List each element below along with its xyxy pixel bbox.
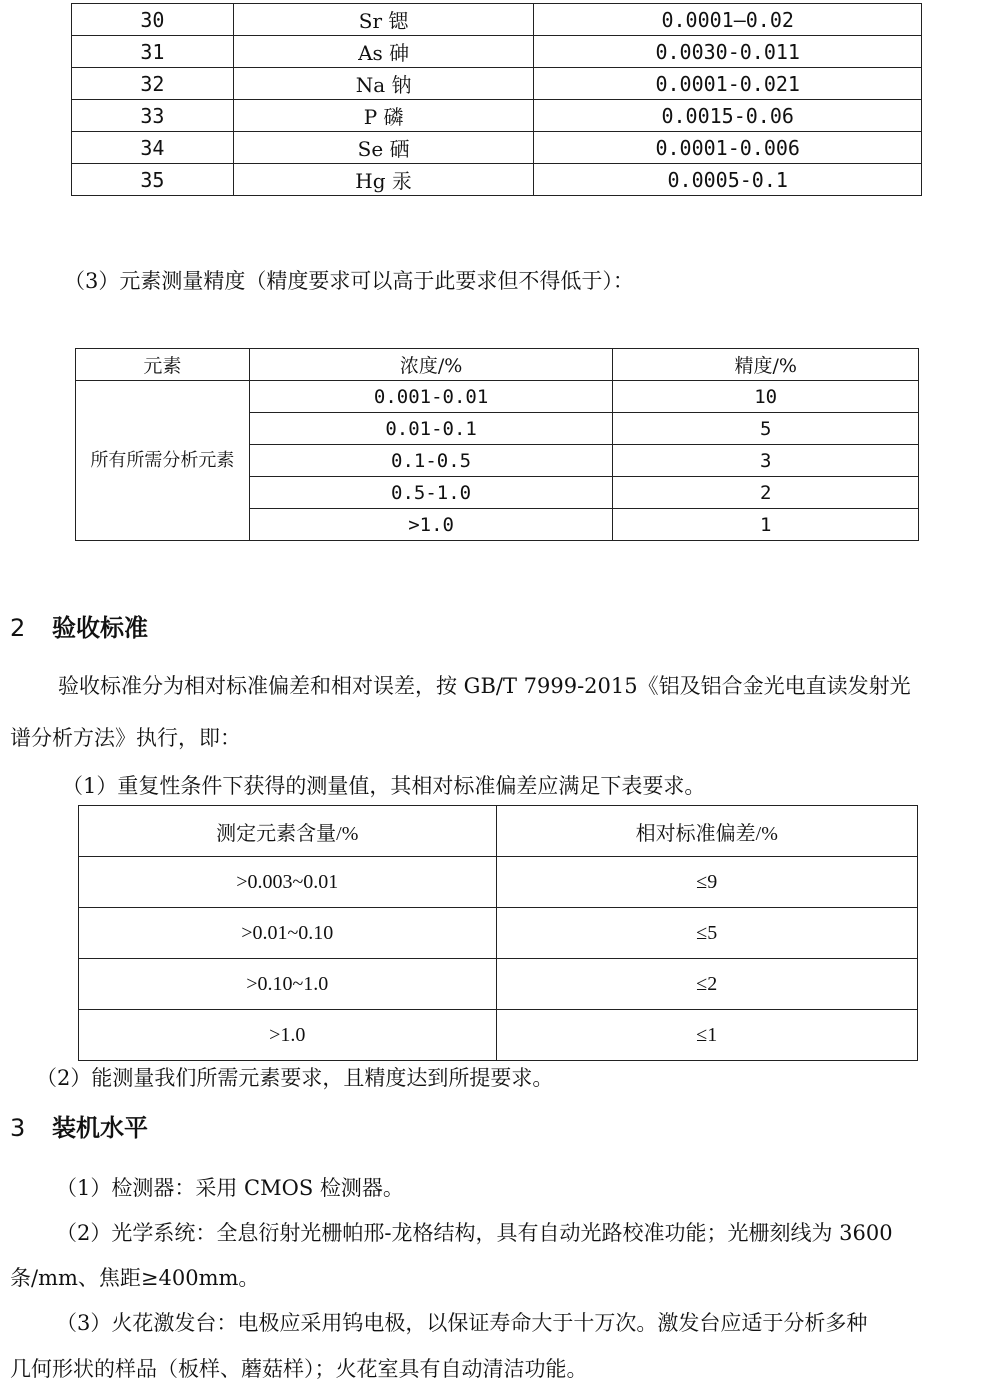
section-3-item1: （1）检测器：采用 CMOS 检测器。 [56,1175,404,1201]
concentration-value: 0.01-0.1 [249,413,613,445]
range-value: 0.0030-0.011 [534,36,922,68]
concentration-value: 0.1-0.5 [249,445,613,477]
table-row: >0.01~0.10≤5 [79,908,918,959]
precision-value: 2 [613,477,919,509]
precision-value: 10 [613,381,919,413]
table-header-row: 测定元素含量/% 相对标准偏差/% [79,806,918,857]
range-value: 0.0015-0.06 [534,100,922,132]
range-value: 0.0001-0.021 [534,68,922,100]
header-rsd: 相对标准偏差/% [496,806,917,857]
section-number: 3 [10,1114,52,1142]
table-header-row: 元素 浓度/% 精度/% [76,349,919,381]
range-value: 0.0005-0.1 [534,164,922,196]
element-name: Sr 锶 [233,4,534,36]
precision-intro: （3）元素测量精度（精度要求可以高于此要求但不得低于）： [64,268,634,294]
section-3-item2-line2: 条/mm、焦距≥400mm。 [10,1265,259,1291]
concentration-value: >1.0 [249,509,613,541]
row-number: 30 [72,4,234,36]
section-3-heading: 3装机水平 [10,1108,148,1143]
table-row: 32Na 钠0.0001-0.021 [72,68,922,100]
rsd-value: ≤2 [496,959,917,1010]
table-row: 34Se 硒0.0001-0.006 [72,132,922,164]
section-number: 2 [10,614,52,642]
table-row: >0.003~0.01≤9 [79,857,918,908]
precision-value: 1 [613,509,919,541]
precision-value: 5 [613,413,919,445]
row-number: 34 [72,132,234,164]
section-3-item3-line2: 几何形状的样品（板样、蘑菇样）；火花室具有自动清洁功能。 [10,1356,588,1382]
table-row: >0.10~1.0≤2 [79,959,918,1010]
precision-value: 3 [613,445,919,477]
section-3-item3-line1: （3）火花激发台：电极应采用钨电极，以保证寿命大于十万次。激发台应适于分析多种 [56,1310,867,1336]
element-name: Na 钠 [233,68,534,100]
precision-table: 元素 浓度/% 精度/% 所有所需分析元素 0.001-0.01 10 0.01… [75,348,919,541]
element-cell-text: 所有所需分析元素 [90,450,234,471]
rsd-table: 测定元素含量/% 相对标准偏差/% >0.003~0.01≤9 >0.01~0.… [78,805,918,1061]
section-2-para-line2: 谱分析方法》执行，即： [10,725,241,751]
row-number: 33 [72,100,234,132]
table-row: 31As 砷0.0030-0.011 [72,36,922,68]
rsd-value: ≤9 [496,857,917,908]
table-row: 所有所需分析元素 0.001-0.01 10 [76,381,919,413]
table-row: >1.0≤1 [79,1010,918,1061]
section-title: 装机水平 [52,1114,148,1142]
header-element: 元素 [76,349,250,381]
section-2-item1: （1）重复性条件下获得的测量值，其相对标准偏差应满足下表要求。 [62,773,705,799]
content-value: >0.003~0.01 [79,857,497,908]
table-row: 35Hg 汞0.0005-0.1 [72,164,922,196]
content-value: >0.01~0.10 [79,908,497,959]
rsd-value: ≤1 [496,1010,917,1061]
header-concentration: 浓度/% [249,349,613,381]
header-precision: 精度/% [613,349,919,381]
row-number: 35 [72,164,234,196]
element-name: As 砷 [233,36,534,68]
row-number: 31 [72,36,234,68]
range-value: 0.0001-0.006 [534,132,922,164]
element-name: P 磷 [233,100,534,132]
element-cell: 所有所需分析元素 [76,381,250,541]
range-value: 0.0001—0.02 [534,4,922,36]
table-row: 33P 磷0.0015-0.06 [72,100,922,132]
header-content: 测定元素含量/% [79,806,497,857]
element-range-table: 30Sr 锶0.0001—0.02 31As 砷0.0030-0.011 32N… [71,3,922,196]
table-row: 30Sr 锶0.0001—0.02 [72,4,922,36]
rsd-value: ≤5 [496,908,917,959]
row-number: 32 [72,68,234,100]
section-2-item2: （2）能测量我们所需元素要求，且精度达到所提要求。 [36,1065,553,1091]
content-value: >0.10~1.0 [79,959,497,1010]
concentration-value: 0.5-1.0 [249,477,613,509]
element-name: Se 硒 [233,132,534,164]
section-title: 验收标准 [52,614,148,642]
section-3-item2-line1: （2）光学系统：全息衍射光栅帕邢-龙格结构，具有自动光路校准功能；光栅刻线为 3… [56,1220,893,1246]
concentration-value: 0.001-0.01 [249,381,613,413]
section-2-para-line1: 验收标准分为相对标准偏差和相对误差，按 GB/T 7999-2015《铝及铝合金… [58,673,911,699]
element-name: Hg 汞 [233,164,534,196]
content-value: >1.0 [79,1010,497,1061]
section-2-heading: 2验收标准 [10,608,148,643]
